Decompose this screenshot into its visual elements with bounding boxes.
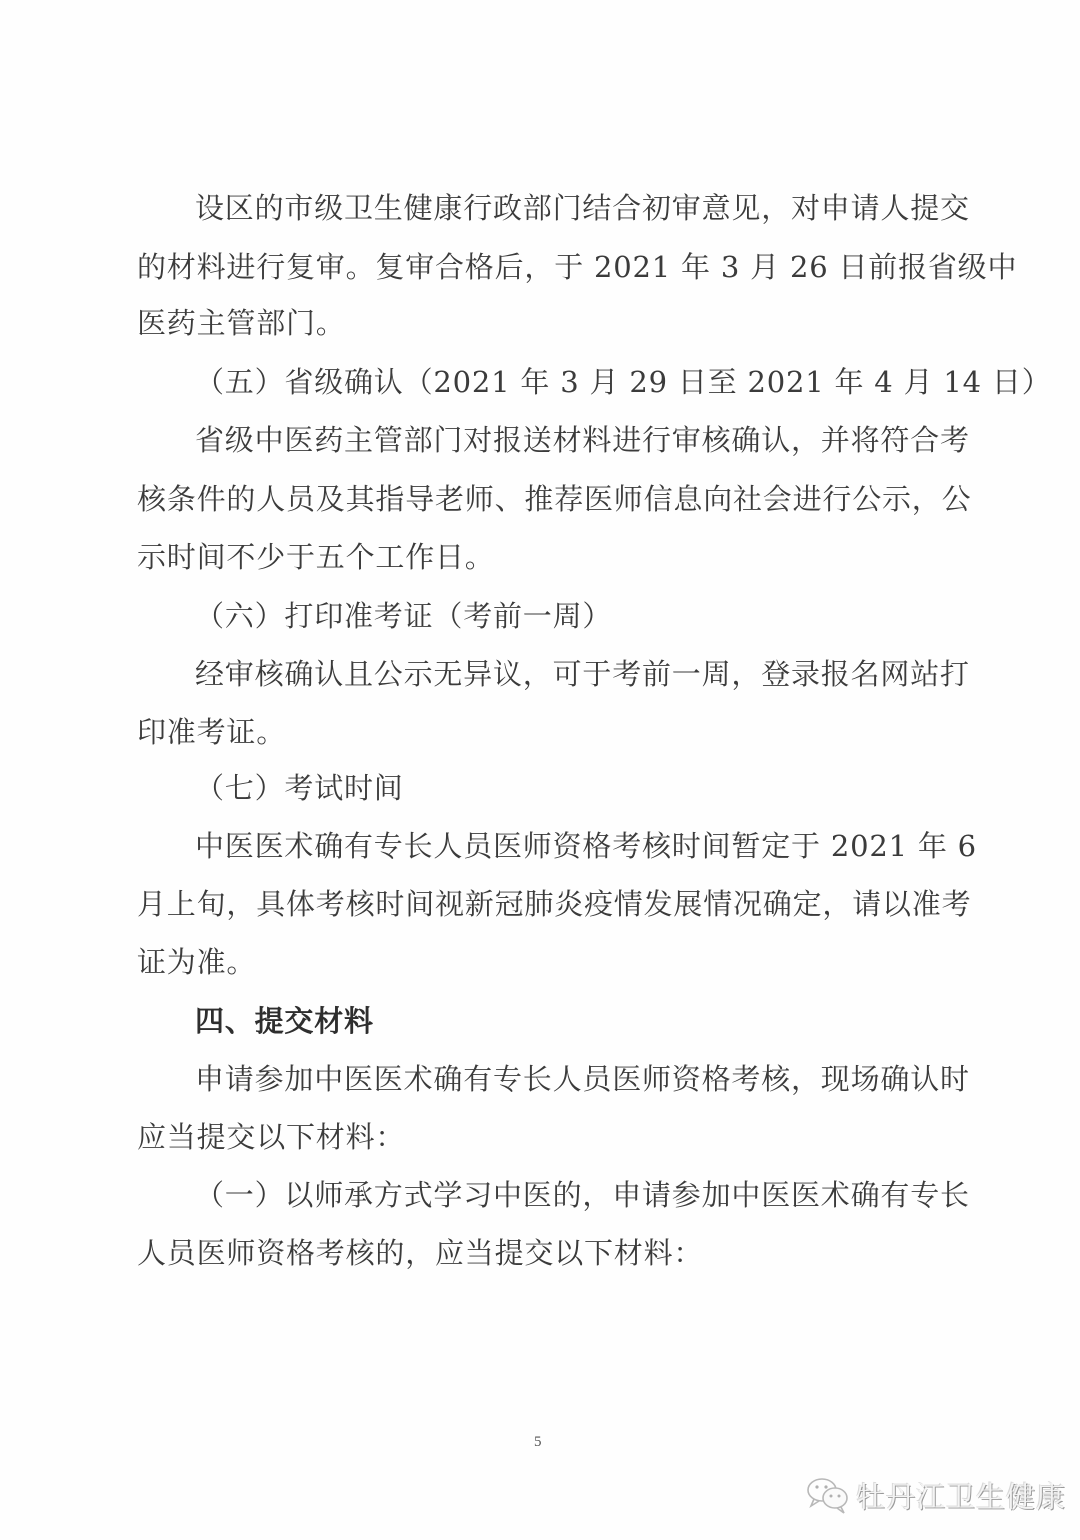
text-line: 月上旬，具体考核时间视新冠肺炎疫情发展情况确定，请以准考 [137, 884, 957, 924]
text-line: 医药主管部门。 [137, 303, 957, 343]
text-line: 设区的市级卫生健康行政部门结合初审意见，对申请人提交 [195, 188, 957, 228]
text-line: （五）省级确认（2021 年 3 月 29 日至 2021 年 4 月 14 日… [195, 362, 957, 402]
page-number: 5 [534, 1434, 542, 1451]
section-heading: 四、提交材料 [195, 1001, 957, 1041]
text-line: 示时间不少于五个工作日。 [137, 537, 957, 577]
text-line: 核条件的人员及其指导老师、推荐医师信息向社会进行公示，公 [137, 479, 957, 519]
text-line: 申请参加中医医术确有专长人员医师资格考核，现场确认时 [195, 1059, 957, 1099]
text-line: 省级中医药主管部门对报送材料进行审核确认，并将符合考 [195, 420, 957, 460]
text-line: 人员医师资格考核的，应当提交以下材料： [137, 1233, 957, 1273]
text-line: 的材料进行复审。复审合格后，于 2021 年 3 月 26 日前报省级中 [137, 247, 957, 287]
text-line: 印准考证。 [137, 712, 957, 752]
watermark: 牡丹江卫生健康 [806, 1474, 1066, 1516]
watermark-text: 牡丹江卫生健康 [856, 1475, 1066, 1516]
text-line: 应当提交以下材料： [137, 1117, 957, 1157]
text-line: 证为准。 [137, 942, 957, 982]
wechat-icon [806, 1475, 850, 1515]
text-line: （六）打印准考证（考前一周） [195, 596, 957, 636]
text-line: （一）以师承方式学习中医的，申请参加中医医术确有专长 [195, 1175, 957, 1215]
document-page: 设区的市级卫生健康行政部门结合初审意见，对申请人提交的材料进行复审。复审合格后，… [0, 0, 1080, 1540]
text-line: 经审核确认且公示无异议，可于考前一周，登录报名网站打 [195, 654, 957, 694]
text-line: （七）考试时间 [195, 768, 957, 808]
text-line: 中医医术确有专长人员医师资格考核时间暂定于 2021 年 6 [195, 826, 957, 866]
